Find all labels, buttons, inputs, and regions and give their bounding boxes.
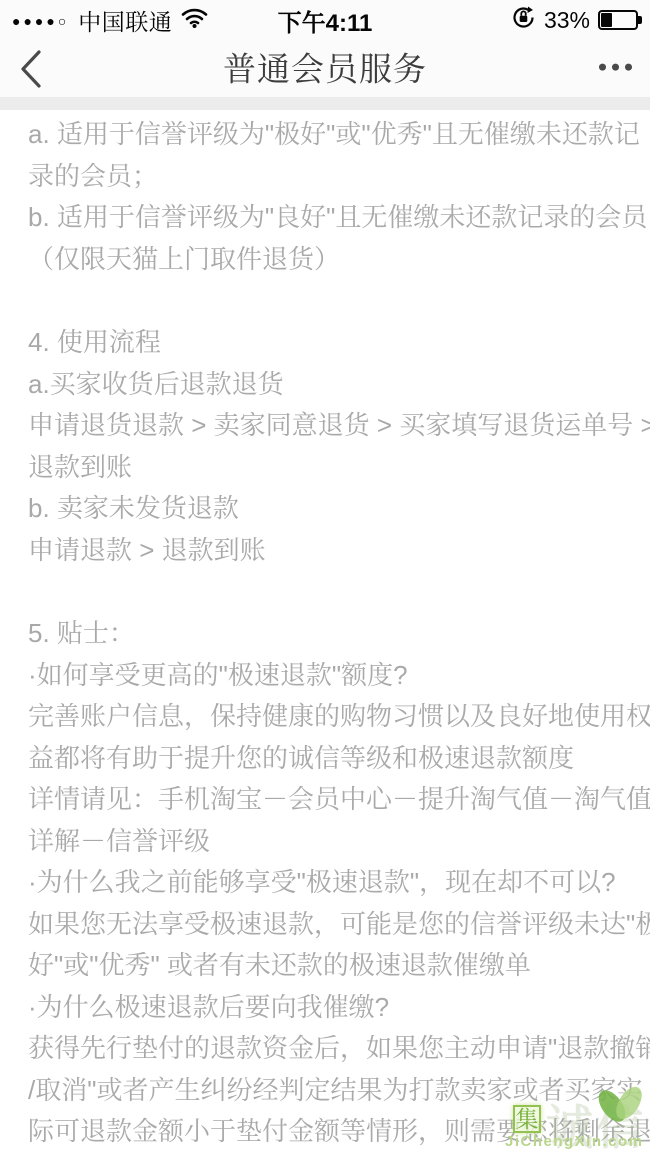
chevron-left-icon (16, 48, 46, 90)
ellipsis-icon (599, 63, 606, 70)
text-line: 申请退货退款 > 卖家同意退货 > 买家填写退货运单号 > (28, 405, 636, 447)
text-line: 5. 贴士： (28, 613, 636, 655)
text-line: a. 适用于信誉评级为"极好"或"优秀"且无催缴未还款记 (28, 114, 636, 156)
text-line: 完善账户信息，保持健康的购物习惯以及良好地使用权 (28, 696, 636, 738)
text-line: ·为什么我之前能够享受"极速退款"，现在却不可以? (28, 862, 636, 904)
more-button[interactable] (599, 55, 632, 78)
page-title: 普通会员服务 (223, 43, 427, 90)
text-line: 申请退款 > 退款到账 (28, 530, 636, 572)
battery-fill (601, 13, 612, 27)
battery-icon (598, 10, 638, 30)
article-content: a. 适用于信誉评级为"极好"或"优秀"且无催缴未还款记录的会员；b. 适用于信… (0, 110, 650, 1156)
text-line: 如果您无法享受极速退款，可能是您的信誉评级未达"极 (28, 904, 636, 946)
battery-percent: 33% (544, 7, 590, 34)
text-line: b. 卖家未发货退款 (28, 488, 636, 530)
text-line: ·如何享受更高的"极速退款"额度? (28, 655, 636, 697)
text-line: 详情请见：手机淘宝－会员中心－提升淘气值－淘气值 (28, 779, 636, 821)
text-line: 际可退款金额小于垫付金额等情形，则需要您将剩余退 (28, 1111, 636, 1153)
text-line: 好"或"优秀" 或者有未还款的极速退款催缴单 (28, 945, 636, 987)
text-line: 4. 使用流程 (28, 322, 636, 364)
back-button[interactable] (16, 48, 46, 90)
carrier-label: 中国联通 (78, 4, 172, 37)
text-line: 益都将有助于提升您的诚信等级和极速退款额度 (28, 738, 636, 780)
battery-nub (638, 16, 642, 24)
content-top-divider (0, 97, 650, 110)
wifi-icon (181, 8, 208, 33)
top-bar: ●●●●○ 中国联通 下午4:11 (0, 0, 650, 97)
text-line: /取消"或者产生纠纷经判定结果为打款卖家或者买家实 (28, 1070, 636, 1112)
navigation-bar: 普通会员服务 (0, 40, 650, 97)
text-line: 获得先行垫付的退款资金后，如果您主动申请"退款撤销 (28, 1028, 636, 1070)
status-bar-right: 33% (511, 5, 638, 35)
paragraph: a. 适用于信誉评级为"极好"或"优秀"且无催缴未还款记录的会员；b. 适用于信… (28, 114, 636, 280)
text-line: b. 适用于信誉评级为"良好"且无催缴未还款记录的会员 (28, 197, 636, 239)
status-bar-left: ●●●●○ 中国联通 (12, 4, 208, 37)
orientation-lock-icon (511, 5, 536, 35)
text-line: 录的会员； (28, 156, 636, 198)
signal-dots-icon: ●●●●○ (12, 12, 69, 28)
clock: 下午4:11 (278, 0, 373, 40)
text-line: a.买家收货后退款退货 (28, 364, 636, 406)
text-line: （仅限天猫上门取件退货） (28, 239, 636, 281)
text-line: 详解－信誉评级 (28, 821, 636, 863)
ellipsis-icon (625, 63, 632, 70)
paragraph: 4. 使用流程a.买家收货后退款退货申请退货退款 > 卖家同意退货 > 买家填写… (28, 322, 636, 571)
status-bar: ●●●●○ 中国联通 下午4:11 (0, 0, 650, 40)
text-line: ·为什么极速退款后要向我催缴? (28, 987, 636, 1029)
ellipsis-icon (612, 63, 619, 70)
paragraph: 5. 贴士：·如何享受更高的"极速退款"额度?完善账户信息，保持健康的购物习惯以… (28, 613, 636, 1153)
screen: ●●●●○ 中国联通 下午4:11 (0, 0, 650, 1156)
text-line: 退款到账 (28, 447, 636, 489)
